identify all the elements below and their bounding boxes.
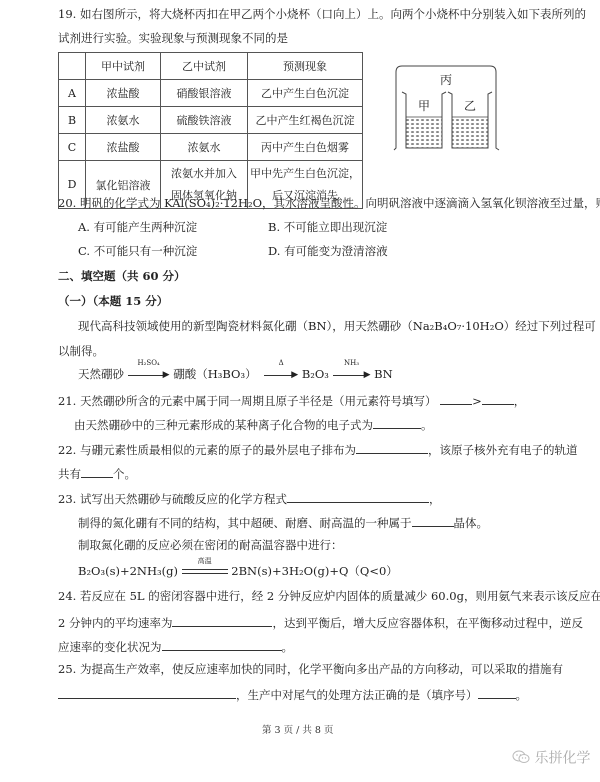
beaker-label-jia: 甲 <box>418 100 430 112</box>
beaker-label-yi: 乙 <box>464 100 476 112</box>
q23-text: 制得的氮化硼有不同的结构，其中超硬、耐磨、耐高温的一种属于 <box>78 516 412 530</box>
predicted-phenomenon: 乙中产生白色沉淀 <box>248 80 363 107</box>
answer-blank[interactable] <box>482 394 514 405</box>
q25-text: ，生产中对尾气的处理方法正确的是（填序号） <box>236 688 478 702</box>
q25-line2: ，生产中对尾气的处理方法正确的是（填序号）。 <box>58 688 527 702</box>
row-label: B <box>59 107 86 134</box>
q23-equation: B₂O₃(s)+2NH₃(g) 高温 2BN(s)+3H₂O(g)+Q（Q<0） <box>78 566 398 578</box>
watermark-text: 乐拼化学 <box>534 751 590 767</box>
predicted-phenomenon: 丙中产生白色烟雾 <box>248 134 363 161</box>
process-step: BN <box>374 367 393 381</box>
answer-blank[interactable] <box>162 640 282 651</box>
q20-option-a: A. 有可能产生两种沉淀 <box>78 222 197 234</box>
equation-reactants: B₂O₃(s)+2NH₃(g) <box>78 564 178 578</box>
table-header-cell: 甲中试剂 <box>86 53 161 80</box>
wechat-icon <box>512 750 530 767</box>
jia-reagent: 浓盐酸 <box>86 80 161 107</box>
punctuation: 。 <box>282 640 294 654</box>
part-title: （一）（本题 15 分） <box>58 296 168 308</box>
reversible-arrow-icon: 高温 <box>182 567 228 577</box>
q23-line3: 制取氮化硼的反应必须在密闭的耐高温容器中进行： <box>78 540 343 552</box>
table-header-cell <box>59 53 86 80</box>
q21-line1: 21. 天然硼砂所含的元素中属于同一周期且原子半径是（用元素符号填写） >， <box>58 394 525 408</box>
predicted-phenomenon: 乙中产生红褐色沉淀 <box>248 107 363 134</box>
punctuation: 。 <box>516 688 528 702</box>
process-arrow: NH₃ ▶ <box>333 369 371 381</box>
table-header-row: 甲中试剂 乙中试剂 预测现象 <box>59 53 363 80</box>
q24-text: 应速率的变化状况为 <box>58 640 162 654</box>
answer-blank[interactable] <box>373 418 421 429</box>
process-arrow: Δ ▶ <box>264 369 298 381</box>
answer-blank[interactable] <box>478 688 516 699</box>
q20-option-c: C. 不可能只有一种沉淀 <box>78 246 197 258</box>
arrow-head-icon: ▶ <box>163 370 170 380</box>
process-step: B₂O₃ <box>302 367 329 381</box>
q20-stem: 20. 明矾的化学式为 KAl(SO₄)₂·12H₂O，其水溶液呈酸性。向明矾溶… <box>58 198 600 210</box>
intro-line1: 现代高科技领域使用的新型陶瓷材料氮化硼（BN），用天然硼砂（Na₂B₄O₇·10… <box>78 321 596 333</box>
q19-stem-line1: 19. 如右图所示，将大烧杯丙扣在甲乙两个小烧杯（口向上）上。向两个小烧杯中分别… <box>58 9 586 21</box>
answer-blank[interactable] <box>356 443 428 454</box>
yi-reagent: 硫酸铁溶液 <box>161 107 248 134</box>
table-header-cell: 预测现象 <box>248 53 363 80</box>
q20-option-b: B. 不可能立即出现沉淀 <box>268 222 387 234</box>
section-title: 二、填空题（共 60 分） <box>58 271 186 283</box>
q23-text: 23. 试写出天然硼砂与硫酸反应的化学方程式 <box>58 492 287 506</box>
punctuation: ， <box>429 492 441 506</box>
q19-reagent-table: 甲中试剂 乙中试剂 预测现象 A 浓盐酸 硝酸银溶液 乙中产生白色沉淀 B 浓氨… <box>58 52 363 209</box>
answer-blank[interactable] <box>172 616 272 627</box>
q22-text: 22. 与硼元素性质最相似的元素的原子的最外层电子排布为 <box>58 443 356 457</box>
process-step: 硼酸（H₃BO₃） <box>173 367 256 381</box>
punctuation: ， <box>514 394 526 408</box>
process-flow: 天然硼砂 H₂SO₄ ▶ 硼酸（H₃BO₃） Δ ▶ B₂O₃ NH₃ ▶ BN <box>78 369 393 381</box>
q23-text: 晶体。 <box>454 516 489 530</box>
q23-line2: 制得的氮化硼有不同的结构，其中超硬、耐磨、耐高温的一种属于晶体。 <box>78 516 488 530</box>
intro-line2: 以制得。 <box>58 346 104 358</box>
q21-line2: 由天然硼砂中的三种元素形成的某种离子化合物的电子式为。 <box>74 418 433 432</box>
equation-condition: 高温 <box>182 558 228 565</box>
arrow-head-icon: ▶ <box>364 370 371 380</box>
arrow-condition: Δ <box>264 360 298 367</box>
q21-text: 由天然硼砂中的三种元素形成的某种离子化合物的电子式为 <box>74 418 373 432</box>
yi-reagent: 硝酸银溶液 <box>161 80 248 107</box>
phenomenon-line: 甲中先产生白色沉淀， <box>248 163 362 185</box>
table-header-cell: 乙中试剂 <box>161 53 248 80</box>
process-arrow: H₂SO₄ ▶ <box>128 369 170 381</box>
jia-reagent: 浓氨水 <box>86 107 161 134</box>
yi-reagent-line: 浓氨水并加入 <box>161 163 247 185</box>
q22-text: ，该原子核外充有电子的轨道 <box>428 443 578 457</box>
answer-blank[interactable] <box>287 492 429 503</box>
row-label: C <box>59 134 86 161</box>
jia-reagent: 浓盐酸 <box>86 134 161 161</box>
q22-line2: 共有个。 <box>58 467 136 481</box>
process-step: 天然硼砂 <box>78 367 124 381</box>
q19-stem-line2: 试剂进行实验。实验现象与预测现象不同的是 <box>58 33 288 45</box>
arrow-head-icon: ▶ <box>291 370 298 380</box>
page-number: 第 3 页 / 共 8 页 <box>262 726 333 736</box>
beaker-figure: 丙 甲 乙 <box>390 62 502 152</box>
beaker-label-bing: 丙 <box>440 74 452 86</box>
q22-line1: 22. 与硼元素性质最相似的元素的原子的最外层电子排布为，该原子核外充有电子的轨… <box>58 443 577 457</box>
watermark: 乐拼化学 <box>512 750 590 767</box>
q22-text: 共有 <box>58 467 81 481</box>
q21-text: 21. 天然硼砂所含的元素中属于同一周期且原子半径是（用元素符号填写） <box>58 394 436 408</box>
q23-line1: 23. 试写出天然硼砂与硫酸反应的化学方程式， <box>58 492 440 506</box>
punctuation: 。 <box>421 418 433 432</box>
table-row: A 浓盐酸 硝酸银溶液 乙中产生白色沉淀 <box>59 80 363 107</box>
q24-line3: 应速率的变化状况为。 <box>58 640 293 654</box>
equation-products: 2BN(s)+3H₂O(g)+Q（Q<0） <box>231 564 398 578</box>
table-row: C 浓盐酸 浓氨水 丙中产生白色烟雾 <box>59 134 363 161</box>
answer-blank[interactable] <box>81 467 113 478</box>
row-label: A <box>59 80 86 107</box>
table-row: B 浓氨水 硫酸铁溶液 乙中产生红褐色沉淀 <box>59 107 363 134</box>
q24-text: 2 分钟内的平均速率为 <box>58 616 172 630</box>
answer-blank[interactable] <box>440 394 472 405</box>
q24-text: ，达到平衡后，增大反应容器体积，在平衡移动过程中，逆反 <box>272 616 583 630</box>
q20-option-d: D. 有可能变为澄清溶液 <box>268 246 388 258</box>
yi-reagent: 浓氨水 <box>161 134 248 161</box>
greater-than-sign: > <box>472 394 482 408</box>
q24-line1: 24. 若反应在 5L 的密闭容器中进行，经 2 分钟反应炉内固体的质量减少 6… <box>58 591 600 603</box>
arrow-condition: H₂SO₄ <box>128 360 170 367</box>
answer-blank[interactable] <box>58 688 236 699</box>
q25-line1: 25. 为提高生产效率，使反应速率加快的同时，化学平衡向多出产品的方向移动，可以… <box>58 664 563 676</box>
answer-blank[interactable] <box>412 516 454 527</box>
q24-line2: 2 分钟内的平均速率为，达到平衡后，增大反应容器体积，在平衡移动过程中，逆反 <box>58 616 583 630</box>
arrow-condition: NH₃ <box>333 360 371 367</box>
q22-text: 个。 <box>113 467 136 481</box>
